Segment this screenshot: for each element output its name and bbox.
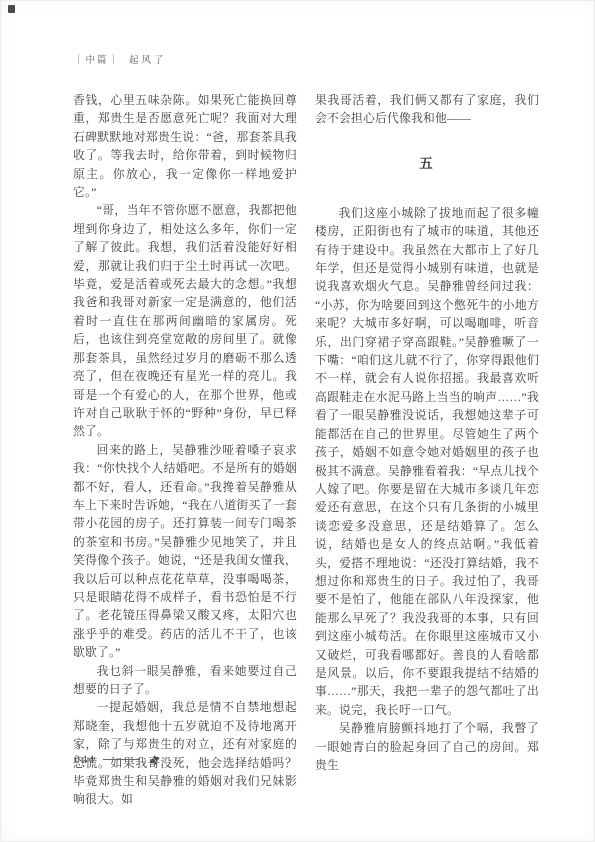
- left-column: 香钱，心里五味杂陈。如果死亡能换回尊重，郑贵生是否愿意死亡呢？我面对大理石碑默默…: [73, 91, 297, 809]
- page-footer: 044: [74, 752, 162, 767]
- book-title: 起风了: [129, 56, 167, 66]
- running-header: ｜中篇｜起风了: [74, 52, 167, 66]
- paragraph: “哥，当年不管你愿不愿意，我都把他埋到你身边了，相处这么多年，你们一定了解了彼此…: [73, 201, 297, 440]
- paragraph: 果我哥活着，我们俩又都有了家庭，我们会不会担心后代像我和他——: [315, 91, 539, 128]
- chapter-number-heading: 五: [315, 155, 539, 173]
- footer-rule: [103, 759, 140, 760]
- paragraph: 回来的路上，吴静雅沙哑着嗓子哀求我：“你快找个人结婚吧。不是所有的婚姻都不好，看…: [73, 441, 297, 662]
- right-column: 果我哥活着，我们俩又都有了家庭，我们会不会担心后代像我和他—— 五 我们这座小城…: [315, 91, 539, 809]
- paragraph: 我们这座小城除了拔地而起了很多幢楼房，正阳街也有了城市的味道，其他还有待于建设中…: [315, 204, 539, 719]
- paragraph: 我乜斜一眼吴静雅，看来她要过自己想要的日子了。: [73, 662, 297, 699]
- book-page: ｜中篇｜起风了 香钱，心里五味杂陈。如果死亡能换回尊重，郑贵生是否愿意死亡呢？我…: [0, 0, 595, 842]
- bird-ornament-icon: [147, 752, 162, 767]
- paragraph: 香钱，心里五味杂陈。如果死亡能换回尊重，郑贵生是否愿意死亡呢？我面对大理石碑默默…: [73, 91, 297, 201]
- section-label: ｜中篇｜: [74, 56, 120, 66]
- paragraph: 吴静雅肩膀颤抖地打了个嗝，我瞥了一眼她青白的脸起身回了自己的房间。郑贵生: [315, 719, 539, 774]
- scan-artifact-mark: [8, 5, 15, 13]
- page-number: 044: [74, 754, 96, 766]
- text-columns: 香钱，心里五味杂陈。如果死亡能换回尊重，郑贵生是否愿意死亡呢？我面对大理石碑默默…: [73, 91, 539, 809]
